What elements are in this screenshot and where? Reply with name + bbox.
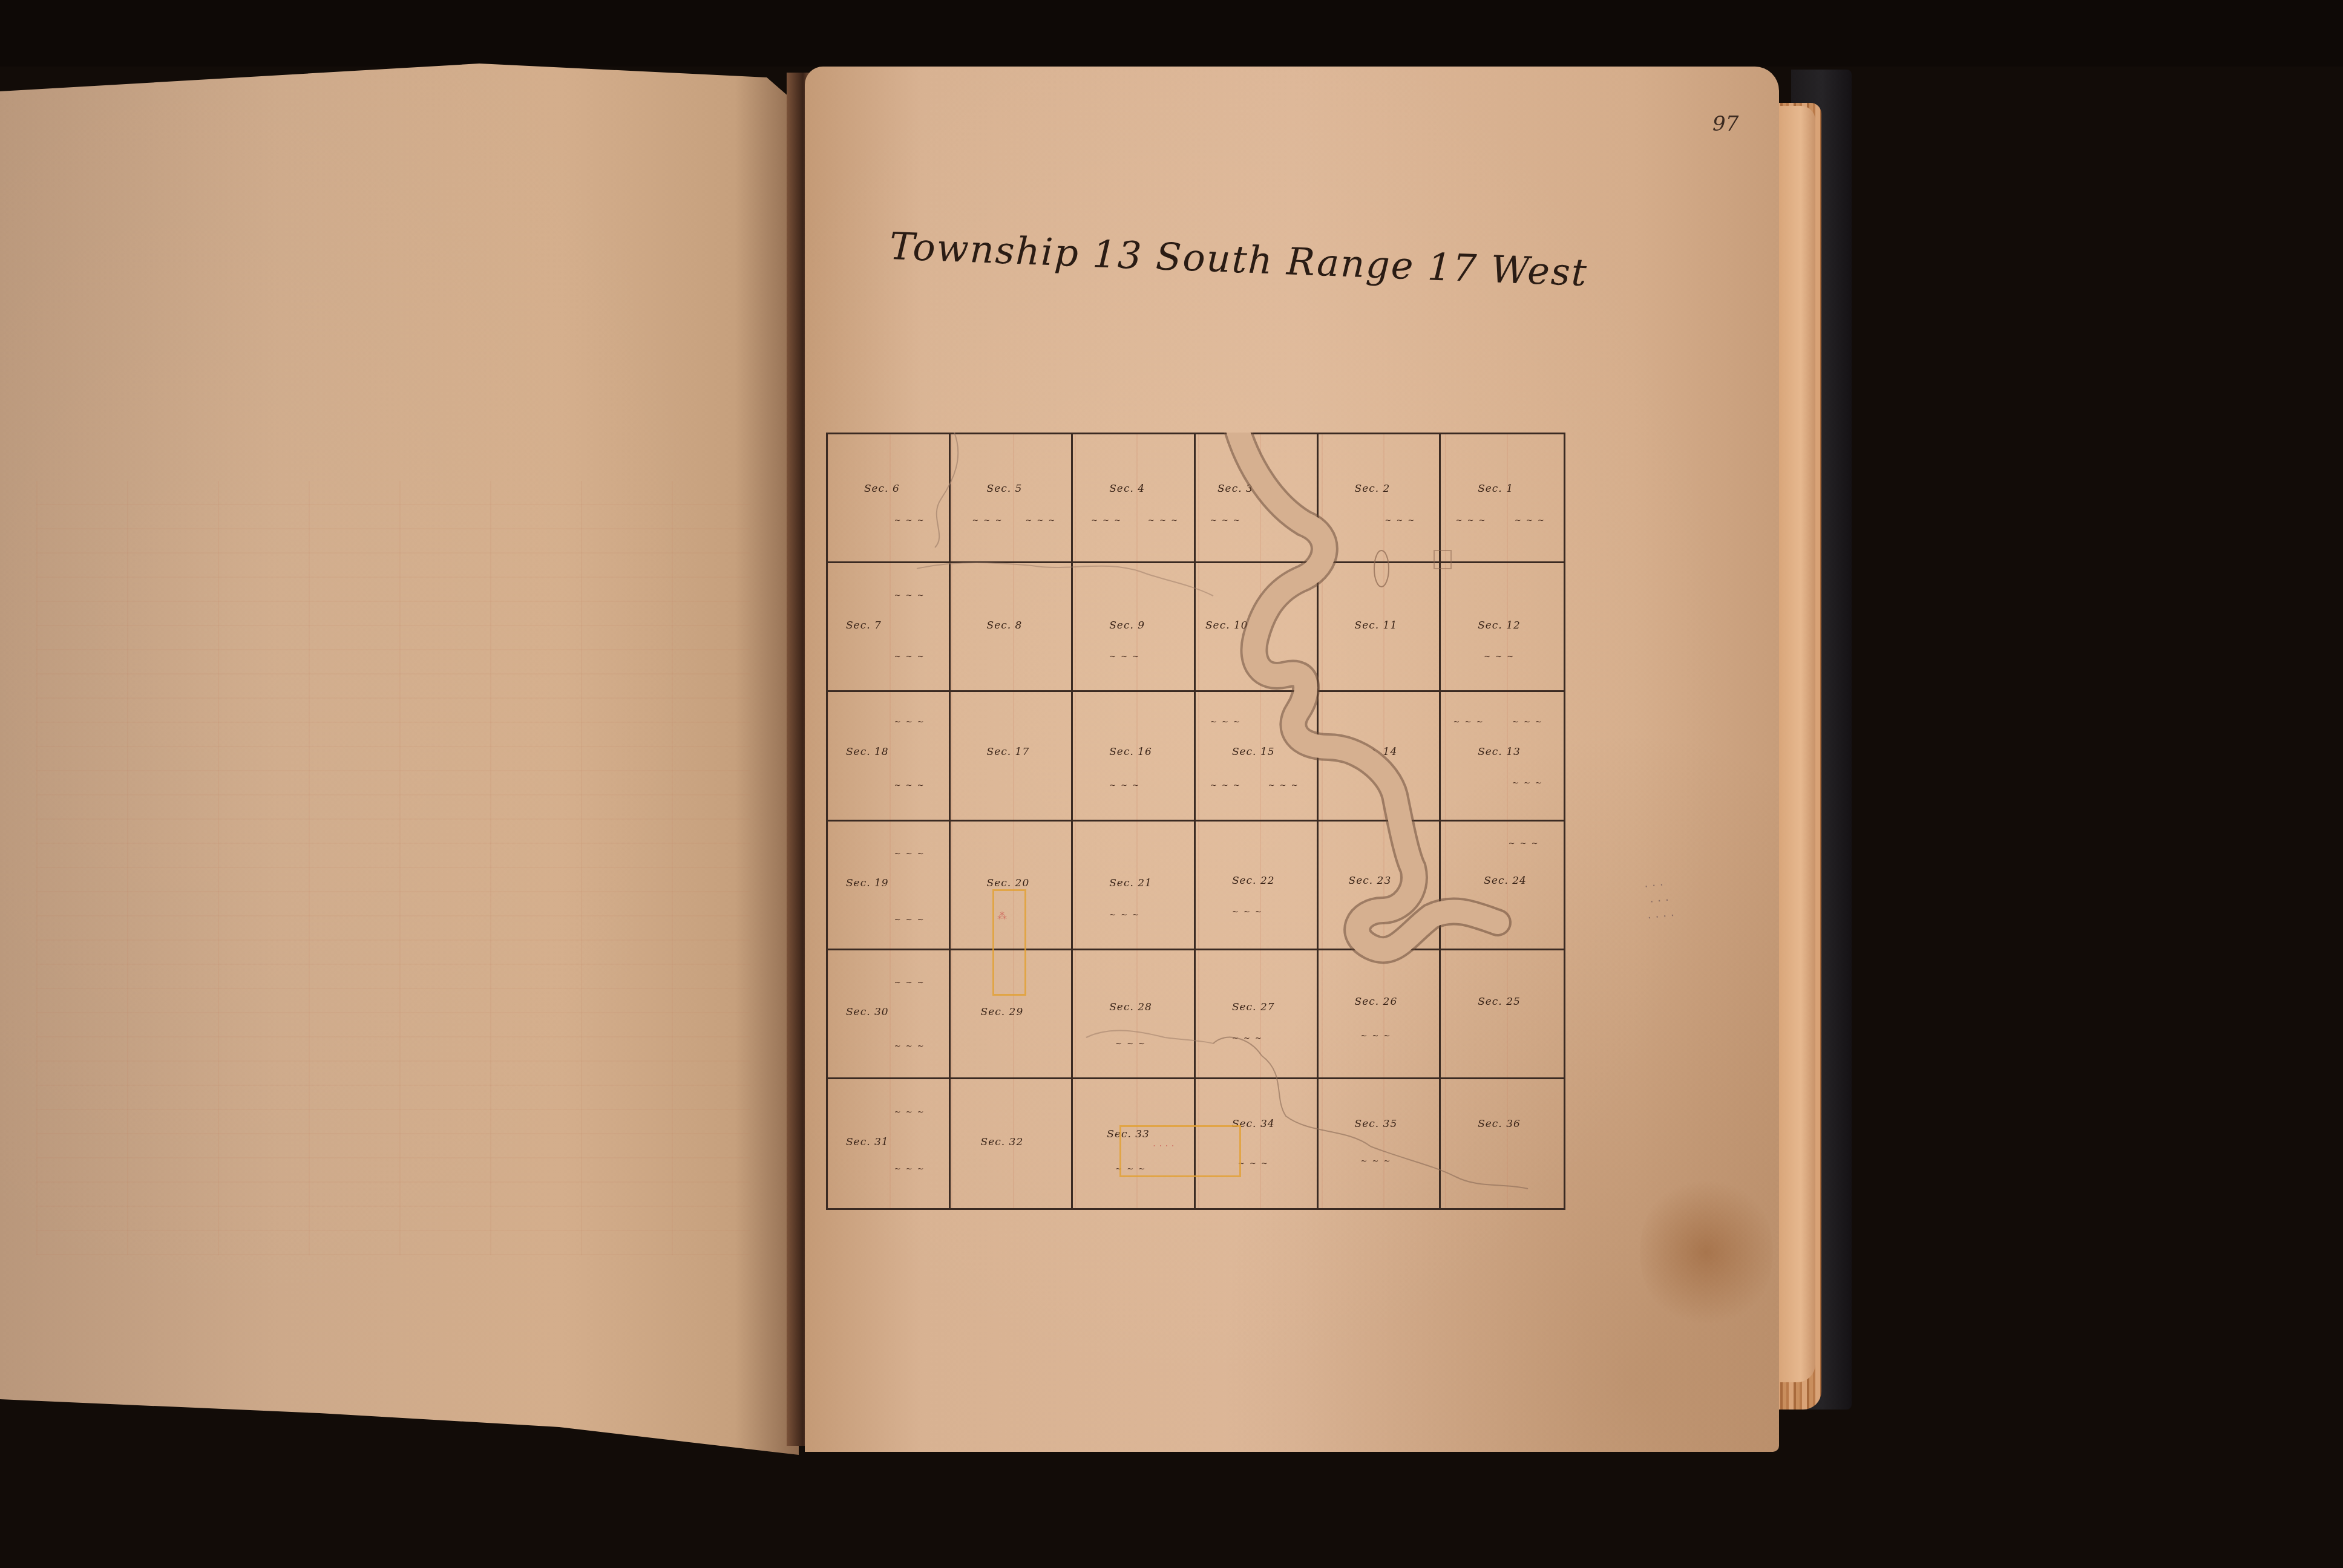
section-label: Sec. 16	[1109, 746, 1152, 758]
section-cell: Sec. 25	[1441, 950, 1564, 1079]
acreage-mark: ~ ~ ~	[1210, 781, 1241, 790]
photo-scene: 97 Township 13 South Range 17 West Sec. …	[0, 0, 2343, 1568]
section-label: Sec. 22	[1232, 875, 1275, 887]
acreage-mark: ~ ~ ~	[1512, 717, 1543, 727]
page-edge-front	[1779, 106, 1815, 1382]
section-cell: Sec. 6~ ~ ~	[828, 434, 951, 563]
acreage-mark: ~ ~ ~	[894, 915, 925, 924]
section-cell: Sec. 1~ ~ ~~ ~ ~	[1441, 434, 1564, 563]
acreage-mark: ~ ~ ~	[1210, 516, 1241, 525]
section-cell: Sec. 19~ ~ ~~ ~ ~	[828, 822, 951, 950]
section-cell: Sec. 3~ ~ ~	[1196, 434, 1319, 563]
section-label: Sec. 17	[987, 746, 1030, 758]
background-shadow	[0, 0, 2343, 67]
section-label: Sec. 24	[1484, 875, 1527, 887]
acreage-mark: ~ ~ ~	[1484, 652, 1515, 661]
section-cell: Sec. 14	[1319, 692, 1441, 821]
section-cell: Sec. 16~ ~ ~	[1073, 692, 1196, 821]
acreage-mark: ~ ~ ~	[1509, 839, 1539, 848]
acreage-mark: ~ ~ ~	[1232, 1034, 1263, 1043]
annotation-note: ⁂	[997, 910, 1007, 922]
acreage-mark: ~ ~ ~	[1091, 516, 1122, 525]
section-label: Sec. 29	[981, 1006, 1024, 1018]
section-cell: Sec. 7~ ~ ~~ ~ ~	[828, 563, 951, 692]
section-grid: Sec. 6~ ~ ~ Sec. 5~ ~ ~~ ~ ~ Sec. 4~ ~ ~…	[826, 433, 1565, 1210]
acreage-mark: ~ ~ ~	[894, 652, 925, 661]
acreage-mark: ~ ~ ~	[894, 978, 925, 987]
township-plat: Sec. 6~ ~ ~ Sec. 5~ ~ ~~ ~ ~ Sec. 4~ ~ ~…	[826, 433, 1565, 1210]
section-cell: Sec. 15~ ~ ~~ ~ ~~ ~ ~	[1196, 692, 1319, 821]
acreage-mark: ~ ~ ~	[1025, 516, 1056, 525]
section-cell: Sec. 2~ ~ ~	[1319, 434, 1441, 563]
section-label: Sec. 2	[1355, 483, 1391, 495]
acreage-mark: ~ ~ ~	[894, 717, 925, 727]
section-cell: Sec. 13~ ~ ~~ ~ ~~ ~ ~	[1441, 692, 1564, 821]
acreage-mark: ~ ~ ~	[894, 516, 925, 525]
section-cell: Sec. 30~ ~ ~~ ~ ~	[828, 950, 951, 1079]
section-cell: Sec. 11	[1319, 563, 1441, 692]
section-label: Sec. 5	[987, 483, 1023, 495]
acreage-mark: ~ ~ ~	[1361, 1157, 1392, 1166]
left-page-ruling	[36, 481, 750, 1255]
section-cell: Sec. 24~ ~ ~	[1441, 822, 1564, 950]
annotation-note: · · · ·	[1153, 1140, 1175, 1152]
section-cell: Sec. 35~ ~ ~	[1319, 1079, 1441, 1208]
section-label: Sec. 4	[1109, 483, 1145, 495]
section-cell: Sec. 31~ ~ ~~ ~ ~	[828, 1079, 951, 1208]
section-label: Sec. 9	[1109, 619, 1145, 632]
acreage-mark: ~ ~ ~	[1109, 781, 1140, 790]
acreage-mark: ~ ~ ~	[1238, 1159, 1269, 1168]
water-stain	[1640, 1174, 1773, 1331]
section-label: Sec. 7	[846, 619, 882, 632]
section-cell: Sec. 5~ ~ ~~ ~ ~	[951, 434, 1073, 563]
section-label: Sec. 18	[846, 746, 889, 758]
acreage-mark: ~ ~ ~	[894, 849, 925, 858]
acreage-mark: ~ ~ ~	[894, 1165, 925, 1174]
section-label: Sec. 25	[1478, 996, 1521, 1008]
acreage-mark: ~ ~ ~	[894, 1108, 925, 1117]
section-label: Sec. 6	[864, 483, 900, 495]
section-cell: Sec. 10	[1196, 563, 1319, 692]
acreage-mark: ~ ~ ~	[1453, 717, 1484, 727]
annotation-box-sec20	[992, 889, 1026, 996]
annotation-box-sec33-34	[1119, 1125, 1241, 1177]
section-label: Sec. 15	[1232, 746, 1275, 758]
left-page	[0, 64, 799, 1455]
section-label: Sec. 28	[1109, 1001, 1152, 1013]
acreage-mark: ~ ~ ~	[1232, 907, 1263, 916]
section-label: Sec. 14	[1355, 746, 1398, 758]
section-cell: Sec. 28~ ~ ~	[1073, 950, 1196, 1079]
acreage-mark: ~ ~ ~	[1515, 516, 1545, 525]
acreage-mark: ~ ~ ~	[1268, 781, 1299, 790]
acreage-mark: ~ ~ ~	[894, 1042, 925, 1051]
section-cell: Sec. 17	[951, 692, 1073, 821]
acreage-mark: ~ ~ ~	[1361, 1031, 1392, 1040]
acreage-mark: ~ ~ ~	[894, 781, 925, 790]
section-cell: Sec. 23	[1319, 822, 1441, 950]
section-label: Sec. 1	[1478, 483, 1513, 495]
section-cell: Sec. 12~ ~ ~	[1441, 563, 1564, 692]
section-label: Sec. 12	[1478, 619, 1521, 632]
margin-pencil-notes: · · · · · · · · · ·	[1643, 876, 1675, 926]
section-cell: Sec. 8	[951, 563, 1073, 692]
section-label: Sec. 35	[1355, 1118, 1398, 1130]
section-label: Sec. 20	[987, 877, 1030, 889]
section-label: Sec. 32	[981, 1136, 1024, 1148]
acreage-mark: ~ ~ ~	[894, 591, 925, 600]
section-cell: Sec. 32	[951, 1079, 1073, 1208]
acreage-mark: ~ ~ ~	[972, 516, 1003, 525]
section-label: Sec. 36	[1478, 1118, 1521, 1130]
section-cell: Sec. 21~ ~ ~	[1073, 822, 1196, 950]
section-cell: Sec. 22~ ~ ~	[1196, 822, 1319, 950]
section-cell: Sec. 4~ ~ ~~ ~ ~	[1073, 434, 1196, 563]
section-cell: Sec. 18~ ~ ~~ ~ ~	[828, 692, 951, 821]
acreage-mark: ~ ~ ~	[1148, 516, 1179, 525]
acreage-mark: ~ ~ ~	[1210, 717, 1241, 727]
section-label: Sec. 26	[1355, 996, 1398, 1008]
section-cell: Sec. 26~ ~ ~	[1319, 950, 1441, 1079]
section-label: Sec. 10	[1205, 619, 1248, 632]
acreage-mark: ~ ~ ~	[1384, 516, 1415, 525]
acreage-mark: ~ ~ ~	[1456, 516, 1487, 525]
section-label: Sec. 21	[1109, 877, 1152, 889]
acreage-mark: ~ ~ ~	[1512, 779, 1543, 788]
section-cell: Sec. 36	[1441, 1079, 1564, 1208]
section-label: Sec. 31	[846, 1136, 889, 1148]
section-label: Sec. 30	[846, 1006, 889, 1018]
section-label: Sec. 3	[1217, 483, 1253, 495]
section-label: Sec. 8	[987, 619, 1023, 632]
section-label: Sec. 11	[1355, 619, 1398, 632]
acreage-mark: ~ ~ ~	[1109, 910, 1140, 920]
page-number: 97	[1712, 112, 1738, 136]
section-label: Sec. 19	[846, 877, 889, 889]
acreage-mark: ~ ~ ~	[1109, 652, 1140, 661]
acreage-mark: ~ ~ ~	[1115, 1039, 1146, 1048]
section-cell: Sec. 9~ ~ ~	[1073, 563, 1196, 692]
section-label: Sec. 23	[1349, 875, 1392, 887]
section-label: Sec. 13	[1478, 746, 1521, 758]
section-cell: Sec. 27~ ~ ~	[1196, 950, 1319, 1079]
section-label: Sec. 27	[1232, 1001, 1275, 1013]
